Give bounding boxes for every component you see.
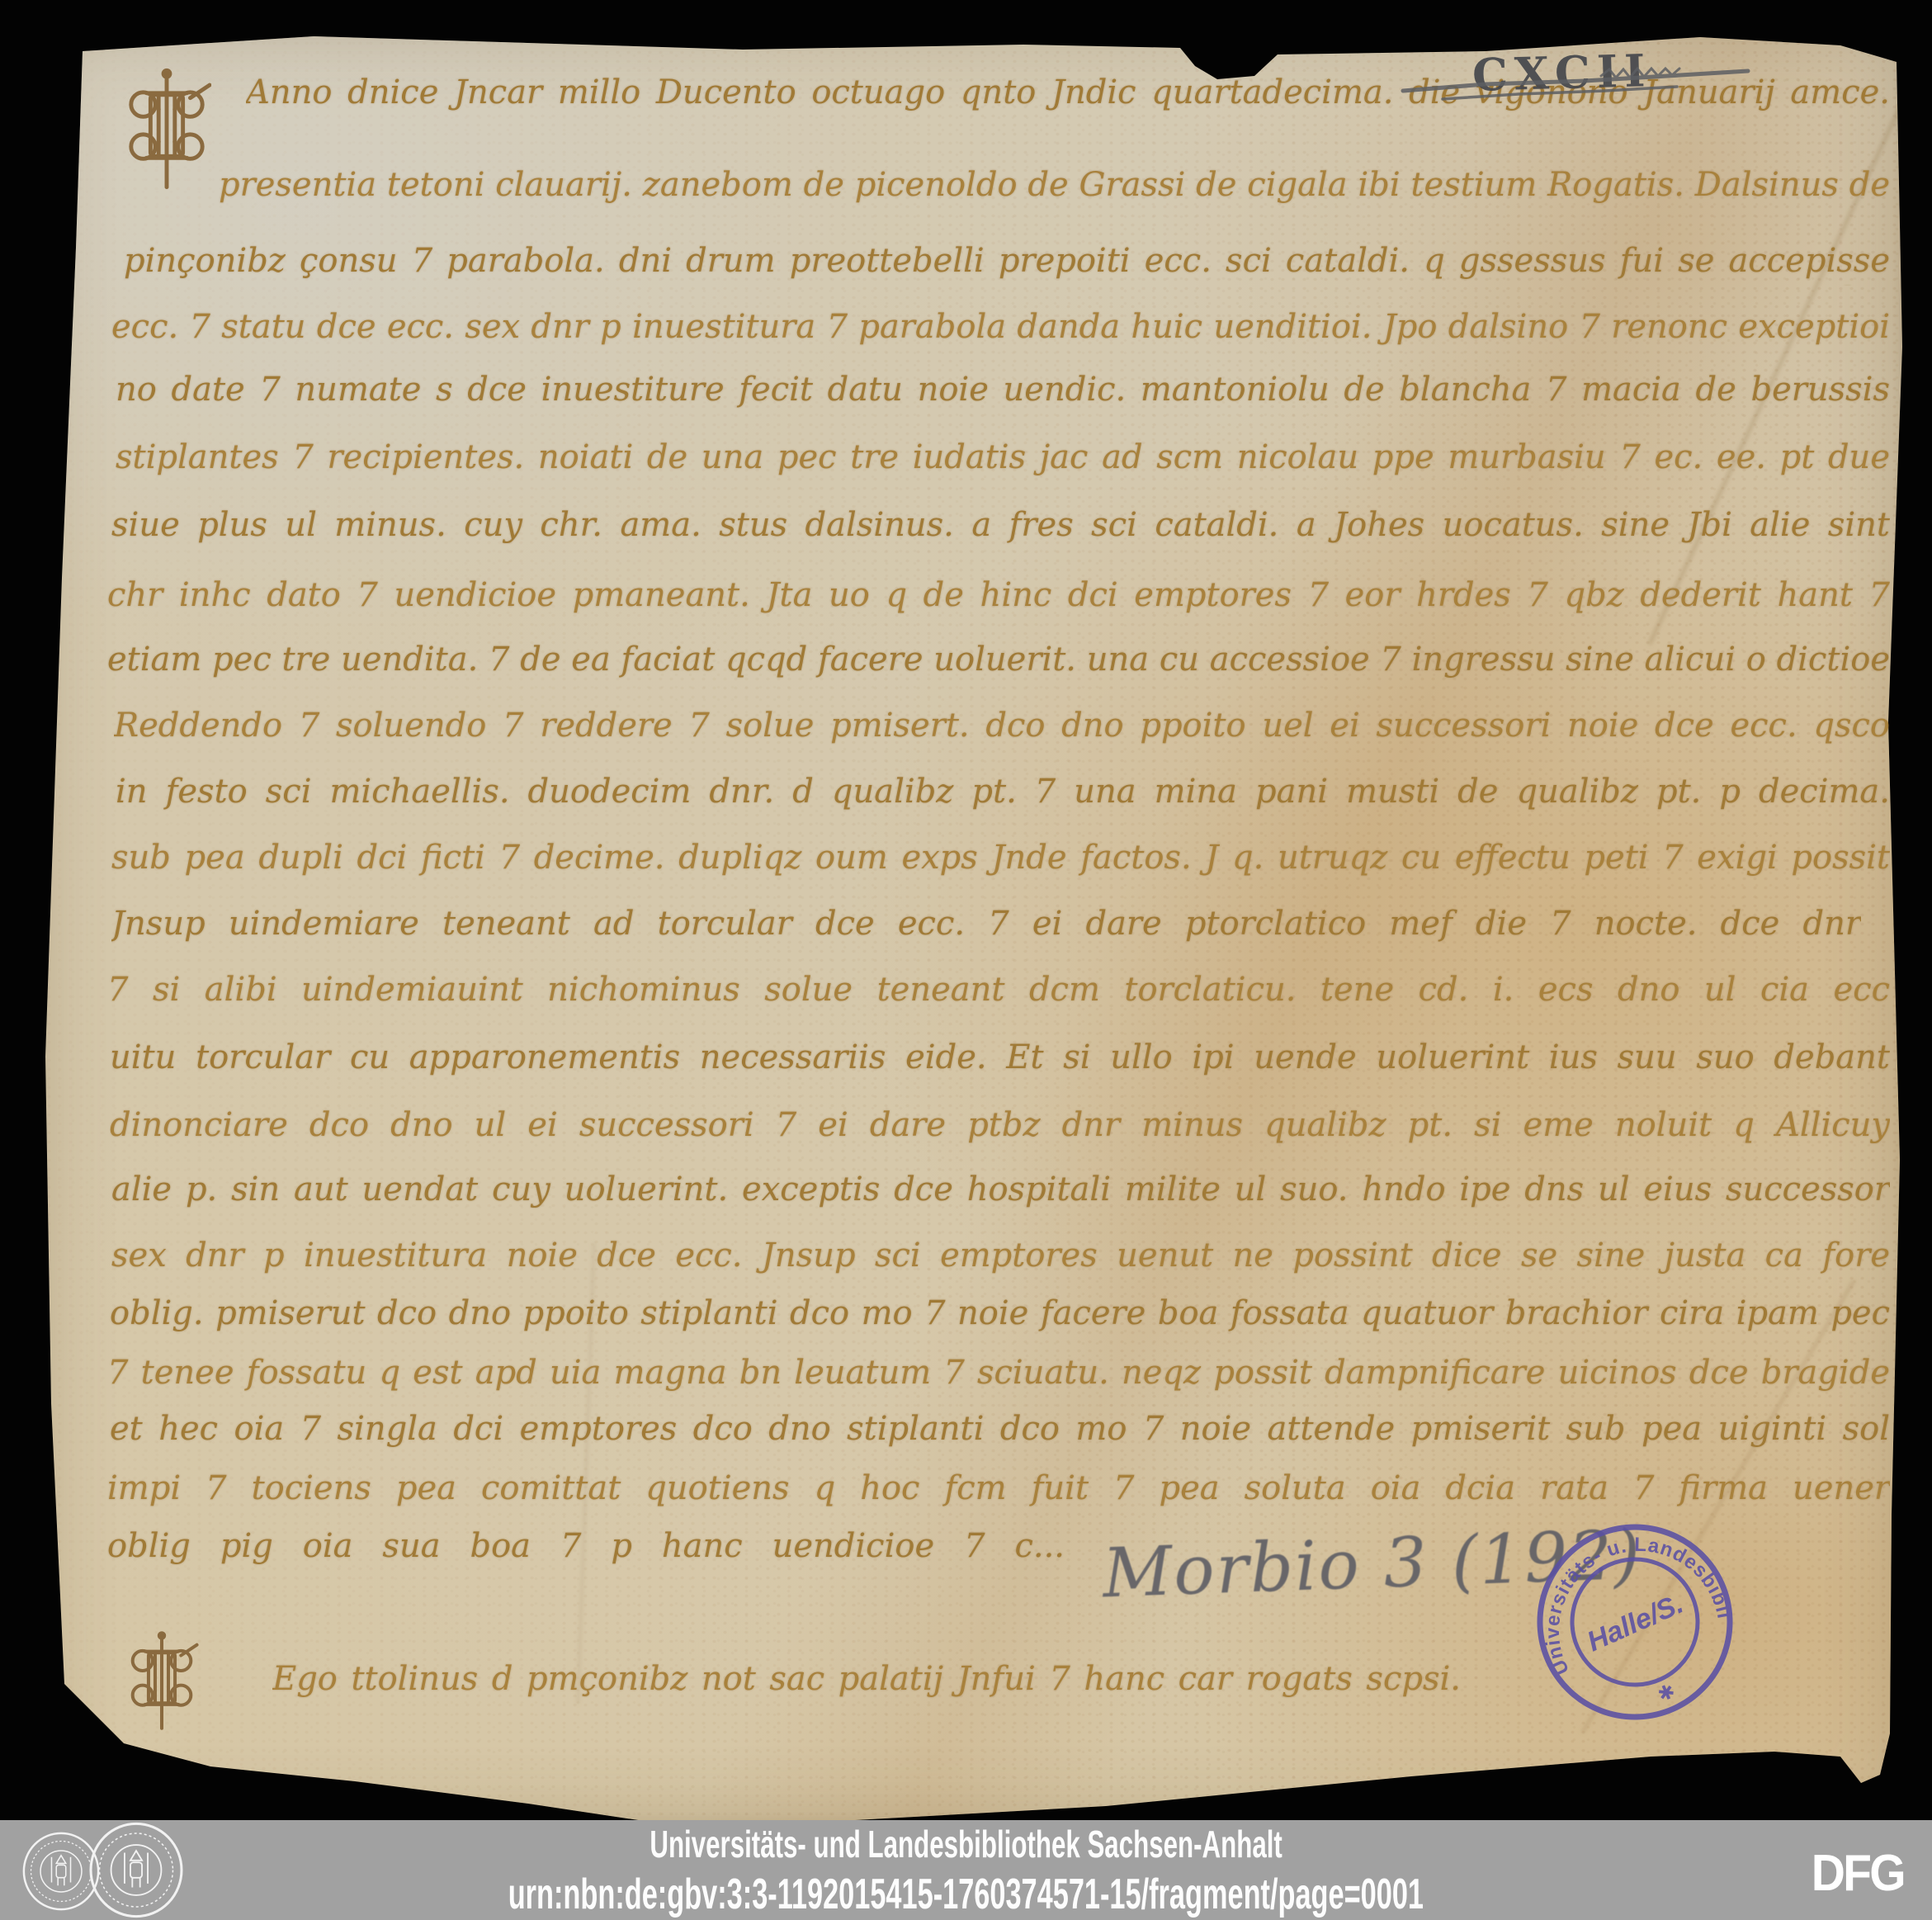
manuscript-line: Reddendo 7 soluendo 7 reddere 7 solue pm… [114, 706, 1890, 750]
manuscript-line: siue plus ul minus. cuy chr. ama. stus d… [111, 505, 1890, 550]
manuscript-line: Jnsup uindemiare teneant ad torcular dce… [111, 904, 1861, 948]
manuscript-line: no date 7 numate s dce inuestiture fecit… [116, 370, 1890, 414]
manuscript-line: etiam pec tre uendita. 7 de ea faciat qc… [107, 640, 1890, 684]
manuscript-line: presentia tetoni clauarij. zanebom de pi… [219, 165, 1890, 210]
manuscript-line: Ego ttolinus d pmçonibz not sac palatij … [272, 1659, 1461, 1704]
manuscript-line: 7 si alibi uindemiauint nichominus solue… [107, 970, 1890, 1014]
manuscript-line: ecc. 7 statu dce ecc. sex dnr p inuestit… [111, 307, 1890, 352]
manuscript-line: impi 7 tociens pea comittat quotiens q h… [107, 1468, 1890, 1513]
manuscript-line: dinonciare dco dno ul ei successori 7 ei… [110, 1105, 1890, 1150]
stamp-place-text: Halle/S. [1583, 1588, 1689, 1658]
manuscript-line: oblig pig oia sua boa 7 p hanc uendicioe… [107, 1526, 1065, 1571]
manuscript-line: pinçonibz çonsu 7 parabola. dni drum pre… [124, 241, 1890, 286]
manuscript-line: uitu torcular cu apparonementis necessar… [110, 1038, 1890, 1082]
manuscript-line: in festo sci michaellis. duodecim dnr. d… [116, 772, 1890, 816]
manuscript-line: oblig. pmiserut dco dno ppoito stiplanti… [110, 1293, 1890, 1338]
scan-viewer-page: Anno dnice Jncar millo Ducento octuago q… [0, 0, 1932, 1920]
dfg-logo: DFG [1812, 1844, 1904, 1903]
university-seal-wittenberg-icon [87, 1822, 185, 1918]
manuscript-line: stiplantes 7 recipientes. noiati de una … [116, 437, 1890, 482]
manuscript-line: et hec oia 7 singla dci emptores dco dno… [110, 1409, 1890, 1454]
stamp-star: ✱ [1655, 1680, 1679, 1707]
footer-bar: Universitäts- und Landesbibliothek Sachs… [0, 1820, 1932, 1920]
manuscript-line: sex dnr p inuestitura noie dce ecc. Jnsu… [111, 1236, 1890, 1280]
manuscript-line: 7 tenee fossatu q est apd uia magna bn l… [107, 1353, 1890, 1397]
institution-name: Universitäts- und Landesbibliothek Sachs… [650, 1822, 1282, 1866]
urn-text: urn:nbn:de:gbv:3:3-1192015415-1760374571… [508, 1870, 1424, 1919]
notarial-monogram-top-icon [122, 66, 211, 192]
folio-strike-icon [1395, 51, 1758, 116]
manuscript-line: sub pea dupli dci ficti 7 decime. dupliq… [111, 838, 1890, 882]
manuscript-line: alie p. sin aut uendat cuy uoluerint. ex… [111, 1170, 1890, 1214]
notarial-monogram-bottom-icon [114, 1630, 210, 1731]
manuscript-line: chr inhc dato 7 uendicioe pmaneant. Jta … [107, 575, 1890, 620]
